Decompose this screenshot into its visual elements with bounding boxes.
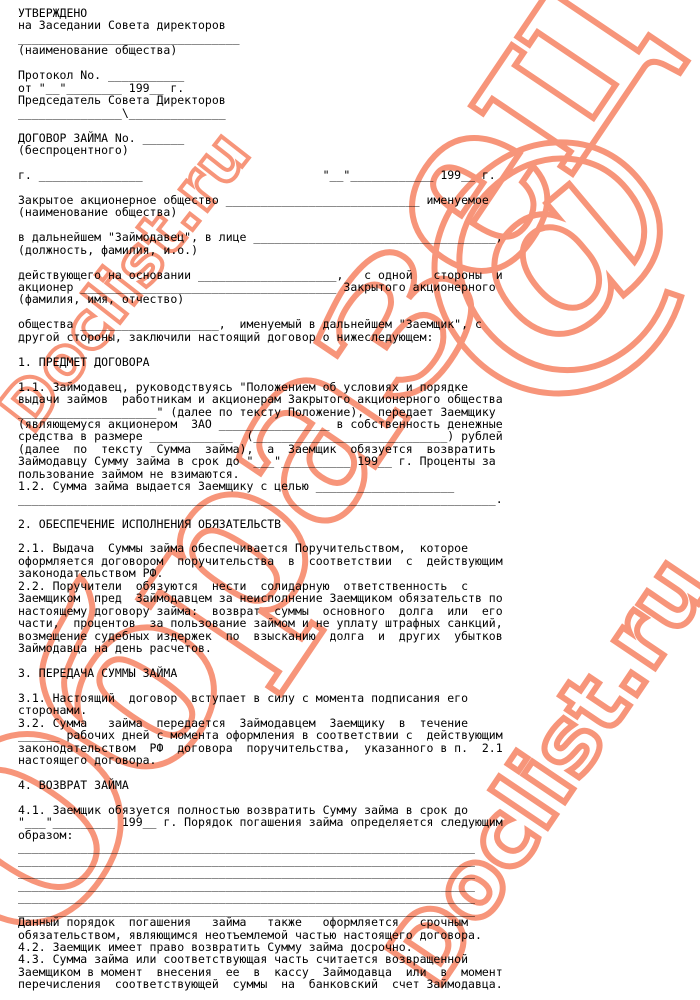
document-page: Doclist.ru Образец @ Doclist.ru УТВЕРЖДЕ… xyxy=(0,0,700,1000)
loan-agreement-text: УТВЕРЖДЕНО на Заседании Совета директоро… xyxy=(18,7,503,991)
